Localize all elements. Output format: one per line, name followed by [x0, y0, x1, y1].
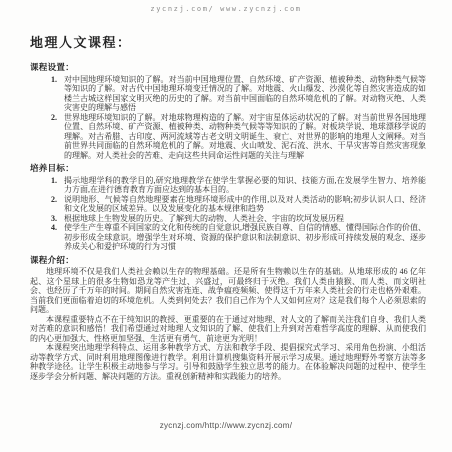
list-item: 1. 对中国地理环境知识的了解。对当前中国地理位置、自然环境、矿产资源、植被种类… [51, 75, 426, 113]
list-item-number: 2. [51, 113, 64, 161]
list-item-number: 4. [51, 223, 64, 252]
list-item: 2. 世界地理环境知识的了解。对地球物理构造的了解。对宇宙星体运动状况的了解。对… [51, 113, 426, 161]
intro-paragraph: 本课程突出地理学科特点、运用多种教学方式、方法和教学手段、提倡探究式学习、采用角… [30, 343, 426, 381]
list-item-number: 2. [51, 195, 64, 214]
list-item-text: 揭示地理学科的教学目的,研究地理教学在使学生掌握必要的知识、技能方面,在发展学生… [64, 176, 426, 195]
section-course-intro: 课程介绍： 地理环境不仅是我们人类社会赖以生存的物理基础。还是所有生物赖以生存的… [30, 254, 426, 382]
list-item-text: 使学生产生尊重不同国家的文化和传统的自觉意识,增强民族自尊、自信的情感、懂得国际… [64, 223, 426, 252]
list-item-number: 3. [51, 214, 64, 224]
document-content: 地理人文课程： 课程设置： 1. 对中国地理环境知识的了解。对当前中国地理位置、… [30, 32, 426, 381]
intro-paragraph: 地理环境不仅是我们人类社会赖以生存的物理基础。还是所有生物赖以生存的基础。从地球… [30, 267, 426, 315]
section-heading-training-goals: 培养目标： [30, 162, 426, 174]
list-item-text: 对中国地理环境知识的了解。对当前中国地理位置、自然环境、矿产资源、植被种类、动物… [64, 75, 426, 113]
section-course-setup: 课程设置： 1. 对中国地理环境知识的了解。对当前中国地理位置、自然环境、矿产资… [30, 61, 426, 160]
list-item: 2. 说明地形、气候等自然地理要素在地理环境形成中的作用,以及对人类活动的影响;… [51, 195, 426, 214]
list-item-text: 世界地理环境知识的了解。对地球物理构造的了解。对宇宙星体运动状况的了解。对当前世… [64, 113, 426, 161]
list-item: 3. 根据地球上生物发展的历史。了解到大的动物、人类社会、宇宙的坎坷发展历程 [51, 214, 426, 224]
list-item-number: 1. [51, 176, 64, 195]
course-setup-list: 1. 对中国地理环境知识的了解。对当前中国地理位置、自然环境、矿产资源、植被种类… [51, 75, 426, 161]
list-item-text: 根据地球上生物发展的历史。了解到大的动物、人类社会、宇宙的坎坷发展历程 [64, 214, 426, 224]
page-title: 地理人文课程： [30, 32, 426, 51]
list-item: 4. 使学生产生尊重不同国家的文化和传统的自觉意识,增强民族自尊、自信的情感、懂… [51, 223, 426, 252]
footer-watermark-url: zycnzj.com/http://www.zycnzj.com/ [0, 421, 452, 430]
intro-paragraph: 本课程重要特点不在于纯知识的教授、更重要的在于通过对地理、对人文的了解而关注我们… [30, 315, 426, 344]
document-page: zycnzj.com/ www.zycnzj.com 地理人文课程： 课程设置：… [0, 0, 452, 452]
list-item-number: 1. [51, 75, 64, 113]
list-item: 1. 揭示地理学科的教学目的,研究地理教学在使学生掌握必要的知识、技能方面,在发… [51, 176, 426, 195]
training-goals-list: 1. 揭示地理学科的教学目的,研究地理教学在使学生掌握必要的知识、技能方面,在发… [51, 176, 426, 252]
section-heading-course-intro: 课程介绍： [30, 254, 426, 266]
list-item-text: 说明地形、气候等自然地理要素在地理环境形成中的作用,以及对人类活动的影响;初步认… [64, 195, 426, 214]
header-watermark-url: zycnzj.com/ www.zycnzj.com [0, 5, 452, 13]
section-training-goals: 培养目标： 1. 揭示地理学科的教学目的,研究地理教学在使学生掌握必要的知识、技… [30, 162, 426, 252]
section-heading-course-setup: 课程设置： [30, 61, 426, 73]
